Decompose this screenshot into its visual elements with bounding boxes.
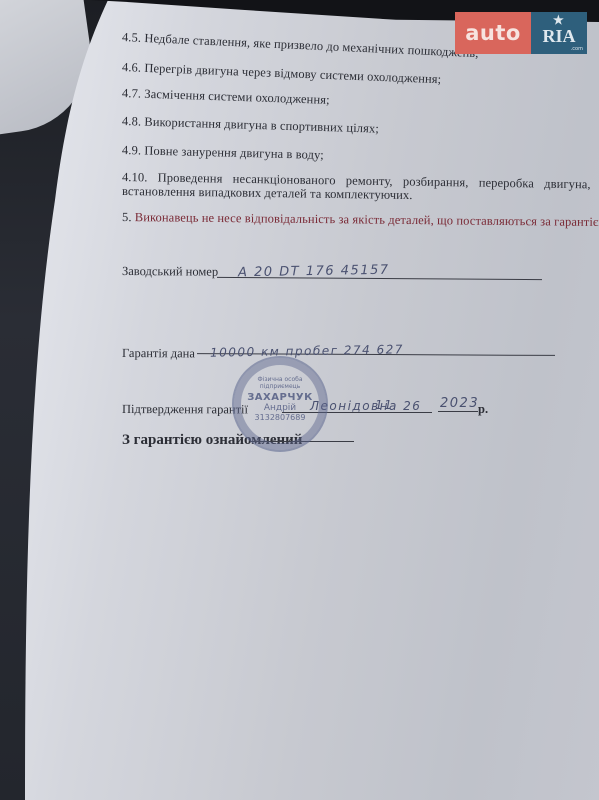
stamp-line1: Фізична особа [246, 376, 314, 383]
watermark-suffix: .com [571, 46, 583, 52]
condition-4-9: 4.9. Повне занурення двигуна в воду; [122, 143, 324, 163]
condition-text: Використання двигуна в спортивних цілях; [144, 115, 379, 136]
condition-number: 4.10. [122, 170, 148, 184]
condition-4-6: 4.6. Перегрів двигуна через відмову сист… [122, 60, 442, 87]
confirm-month: 11 [375, 398, 393, 412]
stamp-first-name: Андрій [246, 403, 314, 413]
confirm-label: Підтвердження гарантії [122, 402, 248, 417]
warranty-label: Гарантія дана [122, 346, 195, 361]
condition-text: Засмічення системи охолодження; [144, 87, 330, 107]
disclaimer-text: Виконавець не несе відповідальність за я… [135, 210, 599, 229]
condition-text: Повне занурення двигуна в воду; [144, 144, 324, 162]
disclaimer: 5. Виконавець не несе відповідальність з… [122, 210, 599, 230]
document-text: 4.5. Недбале ставлення, яке призвело до … [0, 0, 599, 800]
stamp-code: 3132807689 [246, 413, 314, 422]
watermark-ria-text: RIA [542, 26, 575, 47]
condition-4-5: 4.5. Недбале ставлення, яке призвело до … [122, 30, 479, 61]
condition-text: встановлення випадкових деталей та компл… [122, 184, 413, 202]
stamp-line2: підприємець [246, 383, 314, 390]
condition-text: Перегрів двигуна через відмову системи о… [144, 61, 441, 86]
watermark-ria: ★ RIA .com [531, 12, 587, 54]
condition-number: 4.8. [122, 114, 142, 129]
serial-label: Заводський номер [122, 264, 218, 280]
condition-number: 4.7. [122, 86, 142, 101]
condition-4-7: 4.7. Засмічення системи охолодження; [122, 86, 330, 108]
year-suffix: р. [478, 402, 488, 417]
condition-number: 4.5. [122, 30, 142, 45]
condition-4-8: 4.8. Використання двигуна в спортивних ц… [122, 114, 379, 137]
official-stamp: Фізична особа підприємець ЗАХАРЧУК Андрі… [232, 356, 328, 452]
autoria-watermark: auto ★ RIA .com [455, 12, 587, 54]
stamp-name: ЗАХАРЧУК [246, 392, 314, 403]
condition-4-10-line2: встановлення випадкових деталей та компл… [122, 184, 413, 203]
serial-value: A 20 DT 176 45157 [238, 263, 390, 281]
condition-text: Недбале ставлення, яке призвело до механ… [144, 31, 479, 60]
warranty-value: 10000 км пробег 274 627 [210, 342, 404, 359]
year-underline [438, 411, 478, 412]
confirm-year: 2023 [440, 396, 479, 411]
condition-number: 4.9. [122, 143, 141, 157]
star-icon: ★ [553, 13, 564, 28]
condition-number: 4.6. [122, 60, 142, 75]
disclaimer-number: 5. [122, 210, 132, 224]
watermark-auto: auto [455, 12, 531, 54]
stamp-inner: Фізична особа підприємець ЗАХАРЧУК Андрі… [246, 370, 314, 438]
